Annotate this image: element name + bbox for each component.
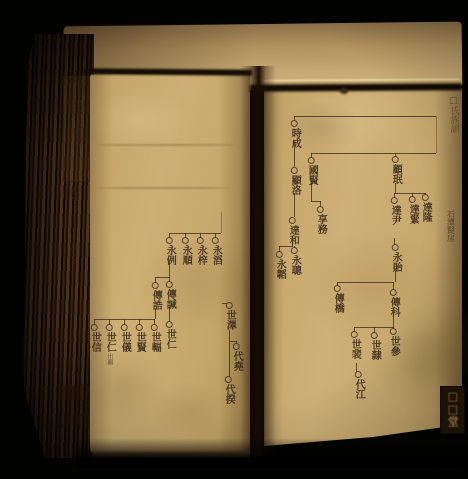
photo-open-genealogy-book: 時成 顯洛 達和 國賢 享務 顧珉 達尹 達綤 達隆 永韜 永聰 永貽 傳橋 傳…	[0, 0, 468, 479]
photo-vignette	[0, 0, 468, 479]
